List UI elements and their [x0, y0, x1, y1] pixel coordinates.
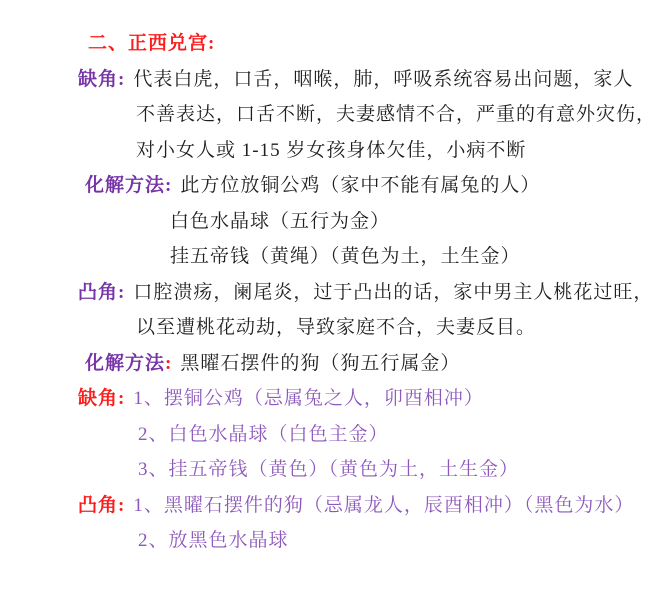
- text-label: 缺角:: [78, 388, 125, 409]
- document-page: 二、正西兑宫: 缺角:代表白虎，口舌，咽喉，肺，呼吸系统容易出问题，家人不善表达…: [0, 0, 645, 614]
- text-line: 3、挂五帝钱（黄色）（黄色为土，土生金）: [0, 452, 645, 488]
- text-label: :: [165, 353, 172, 374]
- text-segment: 不善表达，口舌不断，夫妻感情不合，严重的有意外灾伤，: [136, 104, 645, 125]
- text-line: 化解方法:黑曜石摆件的狗（狗五行属金）: [0, 346, 645, 382]
- text-segment: 1、摆铜公鸡（忌属兔之人，卯酉相冲）: [133, 388, 484, 409]
- text-segment: 3、挂五帝钱（黄色）（黄色为土，土生金）: [138, 459, 519, 480]
- text-line: 缺角:代表白虎，口舌，咽喉，肺，呼吸系统容易出问题，家人: [0, 62, 645, 98]
- document-body: 缺角:代表白虎，口舌，咽喉，肺，呼吸系统容易出问题，家人不善表达，口舌不断，夫妻…: [0, 62, 645, 559]
- text-label: 凸角:: [78, 495, 125, 516]
- text-segment: 白色水晶球（五行为金）: [170, 211, 390, 232]
- text-label: 化解方法: [85, 353, 165, 374]
- text-segment: 以至遭桃花动劫，导致家庭不合，夫妻反目。: [136, 317, 536, 338]
- text-line: 缺角:1、摆铜公鸡（忌属兔之人，卯酉相冲）: [0, 381, 645, 417]
- text-segment: 口腔溃疡，阑尾炎，过于凸出的话，家中男主人桃花过旺，: [133, 282, 645, 303]
- text-line: 凸角:1、黑曜石摆件的狗（忌属龙人，辰酉相冲）（黑色为水）: [0, 488, 645, 524]
- text-label: 缺角:: [78, 69, 125, 90]
- text-line: 不善表达，口舌不断，夫妻感情不合，严重的有意外灾伤，: [0, 97, 645, 133]
- text-line: 2、白色水晶球（白色主金）: [0, 417, 645, 453]
- text-segment: 2、白色水晶球（白色主金）: [138, 424, 389, 445]
- text-line: 对小女人或 1-15 岁女孩身体欠佳，小病不断: [0, 133, 645, 169]
- text-line: 挂五帝钱（黄绳）（黄色为土，土生金）: [0, 239, 645, 275]
- text-segment: 挂五帝钱（黄绳）（黄色为土，土生金）: [170, 246, 521, 267]
- text-label: 凸角:: [78, 282, 125, 303]
- text-segment: 代表白虎，口舌，咽喉，肺，呼吸系统容易出问题，家人: [133, 69, 633, 90]
- text-line: 以至遭桃花动劫，导致家庭不合，夫妻反目。: [0, 310, 645, 346]
- text-line: 白色水晶球（五行为金）: [0, 204, 645, 240]
- text-label: 化解方法:: [85, 175, 172, 196]
- text-segment: 2、放黑色水晶球: [138, 530, 289, 551]
- text-segment: 此方位放铜公鸡（家中不能有属兔的人）: [180, 175, 540, 196]
- text-line: 化解方法:此方位放铜公鸡（家中不能有属兔的人）: [0, 168, 645, 204]
- text-segment: 1、黑曜石摆件的狗（忌属龙人，辰酉相冲）（黑色为水）: [133, 495, 634, 516]
- text-line: 凸角:口腔溃疡，阑尾炎，过于凸出的话，家中男主人桃花过旺，: [0, 275, 645, 311]
- text-segment: 对小女人或 1-15 岁女孩身体欠佳，小病不断: [136, 140, 526, 161]
- section-heading: 二、正西兑宫:: [0, 26, 645, 62]
- text-line: 2、放黑色水晶球: [0, 523, 645, 559]
- text-segment: 黑曜石摆件的狗（狗五行属金）: [180, 353, 460, 374]
